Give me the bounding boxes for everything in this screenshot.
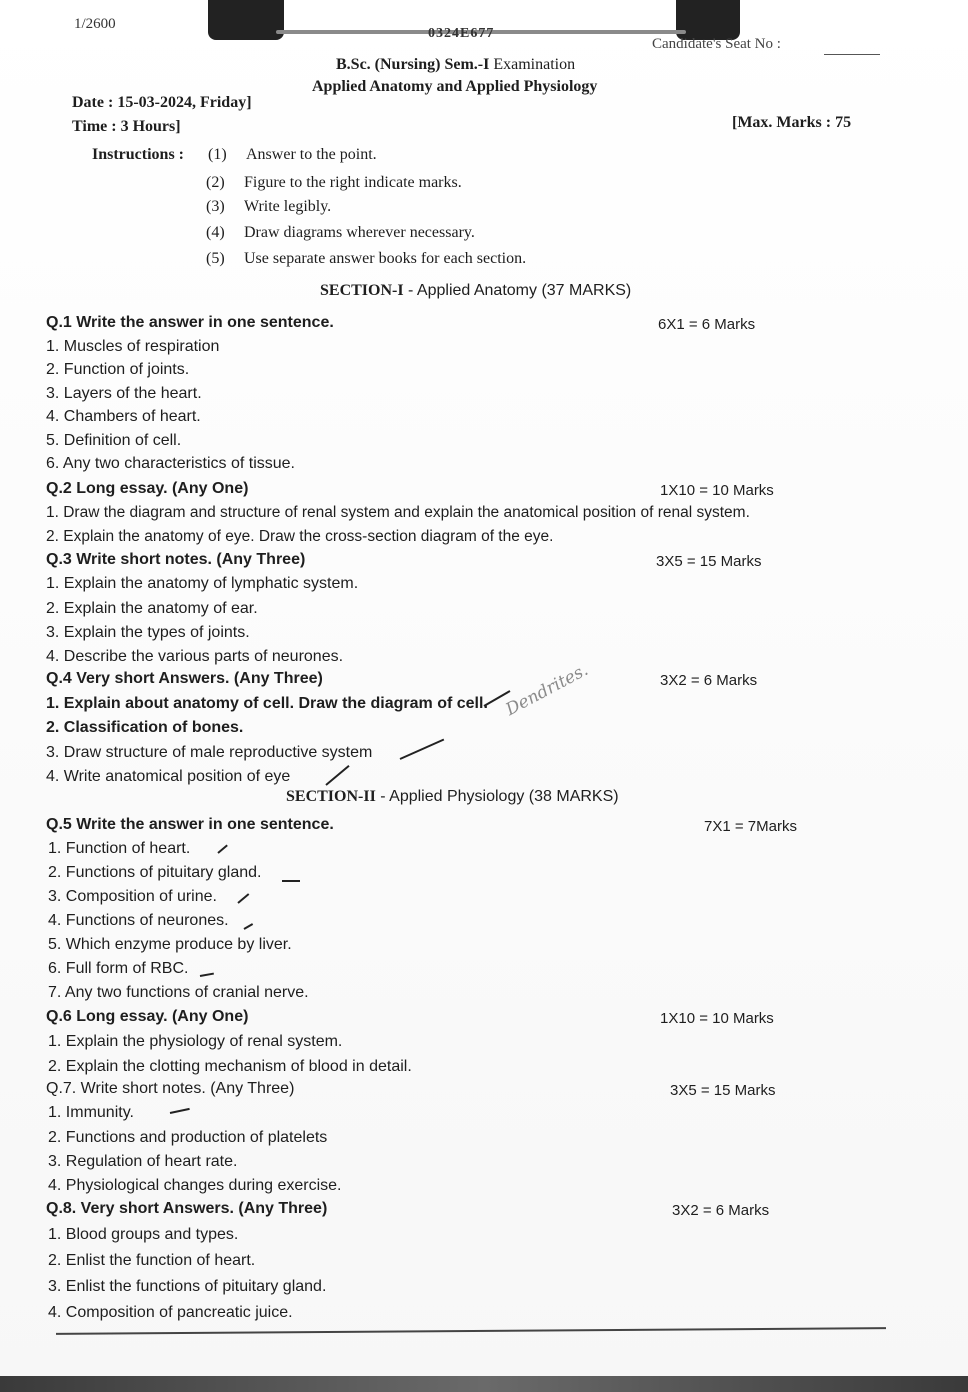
question-item: 2. Enlist the function of heart. <box>48 1252 255 1270</box>
pen-mark <box>200 973 214 977</box>
section-title: SECTION-II <box>286 788 376 805</box>
question-item: 5. Which enzyme produce by liver. <box>48 936 292 954</box>
question-title: Q.2 Long essay. (Any One) <box>46 480 248 498</box>
pen-mark <box>217 845 227 854</box>
handwritten-note: Dendrites. <box>503 660 592 720</box>
question-title: Q.4 Very short Answers. (Any Three) <box>46 670 323 688</box>
question-marks: 3X5 = 15 Marks <box>656 553 761 570</box>
pen-mark <box>400 739 445 760</box>
binder-clip-right <box>676 0 740 40</box>
section-heading: SECTION-I - Applied Anatomy (37 MARKS) <box>320 282 631 300</box>
subject-title: Applied Anatomy and Applied Physiology <box>312 78 597 96</box>
question-item: 6. Full form of RBC. <box>48 960 188 978</box>
question-item: 4. Functions of neurones. <box>48 912 229 930</box>
question-marks: 6X1 = 6 Marks <box>658 316 755 333</box>
exam-title: B.Sc. (Nursing) Sem.-I Examination <box>336 56 575 74</box>
question-item: 5. Definition of cell. <box>46 432 181 450</box>
question-item: 2. Explain the clotting mechanism of blo… <box>48 1058 412 1076</box>
section-subtitle: - Applied Anatomy (37 MARKS) <box>404 282 632 299</box>
section-heading: SECTION-II - Applied Physiology (38 MARK… <box>286 788 619 806</box>
question-item: 1. Function of heart. <box>48 840 190 858</box>
pen-mark <box>244 923 254 930</box>
instruction-text: Answer to the point. <box>246 146 377 163</box>
instruction-item: (3)Write legibly. <box>206 198 331 216</box>
exam-title-prefix: B.Sc. (Nursing) Sem.-I <box>336 56 489 73</box>
instruction-text: Write legibly. <box>244 198 331 215</box>
instruction-text: Figure to the right indicate marks. <box>244 174 462 191</box>
instructions-label: Instructions : <box>92 146 184 164</box>
question-item: 2. Function of joints. <box>46 361 189 379</box>
instruction-item: (2)Figure to the right indicate marks. <box>206 174 462 192</box>
question-marks: 1X10 = 10 Marks <box>660 1010 774 1027</box>
question-item: 2. Functions and production of platelets <box>48 1129 327 1147</box>
question-title: Q.8. Very short Answers. (Any Three) <box>46 1200 327 1218</box>
pen-mark <box>237 893 249 904</box>
question-item: 2. Explain the anatomy of ear. <box>46 600 258 618</box>
instruction-item: (1)Answer to the point. <box>208 146 377 164</box>
question-item: 2. Classification of bones. <box>46 719 243 737</box>
question-title: Q.1 Write the answer in one sentence. <box>46 314 334 332</box>
question-item: 1. Blood groups and types. <box>48 1226 238 1244</box>
question-item: 1. Draw the diagram and structure of ren… <box>46 504 750 522</box>
pen-mark <box>325 765 349 786</box>
end-rule <box>56 1327 886 1335</box>
question-title: Q.5 Write the answer in one sentence. <box>46 816 334 834</box>
question-item: 3. Composition of urine. <box>48 888 217 906</box>
question-item: 6. Any two characteristics of tissue. <box>46 455 295 473</box>
question-title: Q.7. Write short notes. (Any Three) <box>46 1080 294 1098</box>
max-marks: [Max. Marks : 75 <box>732 114 851 132</box>
section-subtitle: - Applied Physiology (38 MARKS) <box>376 788 619 805</box>
instruction-item: (4)Draw diagrams wherever necessary. <box>206 224 475 242</box>
table-edge <box>0 1376 968 1392</box>
question-title: Q.3 Write short notes. (Any Three) <box>46 551 305 569</box>
question-marks: 7X1 = 7Marks <box>704 818 797 835</box>
page-reference: 1/2600 <box>74 16 116 33</box>
question-item: 4. Write anatomical position of eye <box>46 768 290 786</box>
question-item: 7. Any two functions of cranial nerve. <box>48 984 309 1002</box>
binder-clip-left <box>208 0 284 40</box>
seat-number-blank <box>824 54 880 55</box>
instruction-number: (1) <box>208 146 246 164</box>
instruction-text: Draw diagrams wherever necessary. <box>244 224 475 241</box>
question-item: 1. Explain the physiology of renal syste… <box>48 1033 342 1051</box>
question-marks: 3X2 = 6 Marks <box>660 672 757 689</box>
section-title: SECTION-I <box>320 282 404 299</box>
question-item: 4. Describe the various parts of neurone… <box>46 648 343 666</box>
question-item: 4. Chambers of heart. <box>46 408 201 426</box>
question-title: Q.6 Long essay. (Any One) <box>46 1008 248 1026</box>
instruction-text: Use separate answer books for each secti… <box>244 250 526 267</box>
question-item: 4. Physiological changes during exercise… <box>48 1177 342 1195</box>
instruction-item: (5)Use separate answer books for each se… <box>206 250 526 268</box>
question-item: 2. Explain the anatomy of eye. Draw the … <box>46 528 553 546</box>
question-item: 2. Functions of pituitary gland. <box>48 864 261 882</box>
question-item: 3. Enlist the functions of pituitary gla… <box>48 1278 326 1296</box>
instruction-number: (3) <box>206 198 244 216</box>
instruction-number: (4) <box>206 224 244 242</box>
exam-paper: 1/2600 0324E677 Candidate's Seat No : B.… <box>0 0 968 1392</box>
question-item: 4. Composition of pancreatic juice. <box>48 1304 293 1322</box>
question-marks: 1X10 = 10 Marks <box>660 482 774 499</box>
pen-mark <box>282 880 300 882</box>
exam-date: Date : 15-03-2024, Friday] <box>72 94 252 112</box>
question-item: 1. Explain about anatomy of cell. Draw t… <box>46 695 488 713</box>
question-item: 3. Explain the types of joints. <box>46 624 250 642</box>
instruction-number: (5) <box>206 250 244 268</box>
question-marks: 3X5 = 15 Marks <box>670 1082 775 1099</box>
seat-number-label: Candidate's Seat No : <box>652 36 781 53</box>
question-item: 3. Draw structure of male reproductive s… <box>46 744 372 762</box>
question-item: 1. Explain the anatomy of lymphatic syst… <box>46 575 358 593</box>
pen-mark <box>170 1108 190 1114</box>
exam-title-suffix: Examination <box>493 56 575 73</box>
paper-code: 0324E677 <box>428 26 494 42</box>
question-item: 1. Muscles of respiration <box>46 338 219 356</box>
question-item: 3. Layers of the heart. <box>46 385 202 403</box>
question-marks: 3X2 = 6 Marks <box>672 1202 769 1219</box>
instruction-number: (2) <box>206 174 244 192</box>
exam-duration: Time : 3 Hours] <box>72 118 181 136</box>
question-item: 3. Regulation of heart rate. <box>48 1153 237 1171</box>
question-item: 1. Immunity. <box>48 1104 134 1122</box>
